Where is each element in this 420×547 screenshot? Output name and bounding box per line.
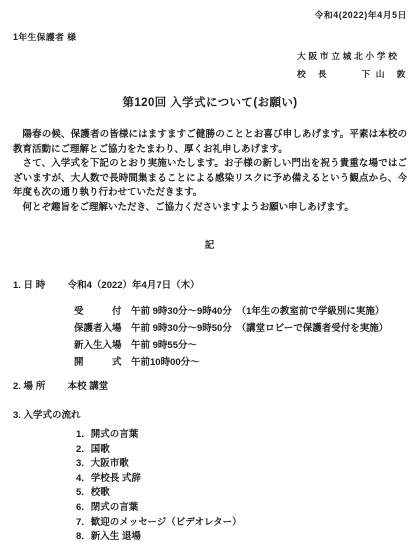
flow-item: 6．閉式の言葉: [76, 501, 407, 516]
schedule-detail: 午前 9時30分～9時50分 （講堂ロビーで保護者受付を実施）: [131, 323, 388, 334]
flow-item: 7．歓迎のメッセージ（ビデオレター）: [76, 516, 407, 531]
principal-role: 校 長: [297, 67, 328, 81]
ceremony-flow-list: 1．開式の言葉 2．国歌 3．大阪市歌 4．学校長 式辞 5．校歌 6．閉式の言…: [76, 428, 407, 545]
sender-block: 大阪市立城北小学校 校 長 下 山 敦: [297, 49, 407, 81]
letter-body: 陽春の候、保護者の皆様にはますますご健勝のこととお喜び申しあげます。平素は本校の…: [13, 128, 407, 215]
flow-item: 1．開式の言葉: [76, 428, 407, 443]
section-place-label: 2. 場 所: [13, 380, 65, 394]
flow-item: 5．校歌: [76, 486, 407, 501]
paragraph-request: 何とぞ趣旨をご理解いただき、ご協力くださいますようお願い申しあげます。: [13, 201, 407, 216]
document-title: 第120回 入学式について(お願い): [13, 96, 407, 110]
schedule-detail: 午前10時00分～: [131, 357, 200, 368]
section-place-value: 本校 講堂: [68, 381, 109, 392]
record-marker: 記: [13, 239, 407, 253]
schedule-label: 新入生入場: [74, 337, 122, 354]
schedule-row-opening: 開 式午前10時00分～: [74, 354, 407, 371]
schedule-label: 受 付: [74, 303, 122, 320]
school-name: 大阪市立城北小学校: [297, 49, 407, 63]
issue-date: 令和4(2022)年4月5日: [13, 8, 407, 22]
schedule-block: 受 付午前 9時30分～9時40分 （1年生の教室前で学級別に実施） 保護者入場…: [74, 303, 407, 371]
section-datetime-label: 1. 日 時: [13, 279, 65, 293]
schedule-row-student-entry: 新入生入場午前 9時55分～: [74, 337, 407, 354]
section-place: 2. 場 所 本校 講堂: [13, 380, 407, 394]
schedule-label: 開 式: [74, 354, 122, 371]
principal-name: 下 山 敦: [361, 67, 407, 81]
schedule-row-reception: 受 付午前 9時30分～9時40分 （1年生の教室前で学級別に実施）: [74, 303, 407, 320]
paragraph-announcement: さて、入学式を下記のとおり実施いたします。お子様の新しい門出を祝う貴重な場ではご…: [13, 157, 407, 201]
principal-line: 校 長 下 山 敦: [297, 67, 407, 81]
flow-item: 2．国歌: [76, 443, 407, 458]
recipient: 1年生保護者 様: [13, 30, 407, 44]
schedule-detail: 午前 9時55分～: [131, 340, 197, 351]
schedule-detail: 午前 9時30分～9時40分 （1年生の教室前で学級別に実施）: [131, 306, 384, 317]
flow-item: 8．新入生 退場: [76, 530, 407, 545]
flow-item: 4．学校長 式辞: [76, 472, 407, 487]
flow-item: 3．大阪市歌: [76, 457, 407, 472]
schedule-row-guardian-entry: 保護者入場午前 9時30分～9時50分 （講堂ロビーで保護者受付を実施）: [74, 320, 407, 337]
letter-page: 令和4(2022)年4月5日 1年生保護者 様 大阪市立城北小学校 校 長 下 …: [0, 0, 420, 547]
section-flow: 3. 入学式の流れ: [13, 409, 407, 423]
section-flow-label: 3. 入学式の流れ: [13, 410, 81, 421]
section-datetime: 1. 日 時 令和4（2022）年4月7日（木）: [13, 279, 407, 293]
section-datetime-value: 令和4（2022）年4月7日（木）: [68, 280, 200, 291]
paragraph-greeting: 陽春の候、保護者の皆様にはますますご健勝のこととお喜び申しあげます。平素は本校の…: [13, 128, 407, 157]
schedule-label: 保護者入場: [74, 320, 122, 337]
